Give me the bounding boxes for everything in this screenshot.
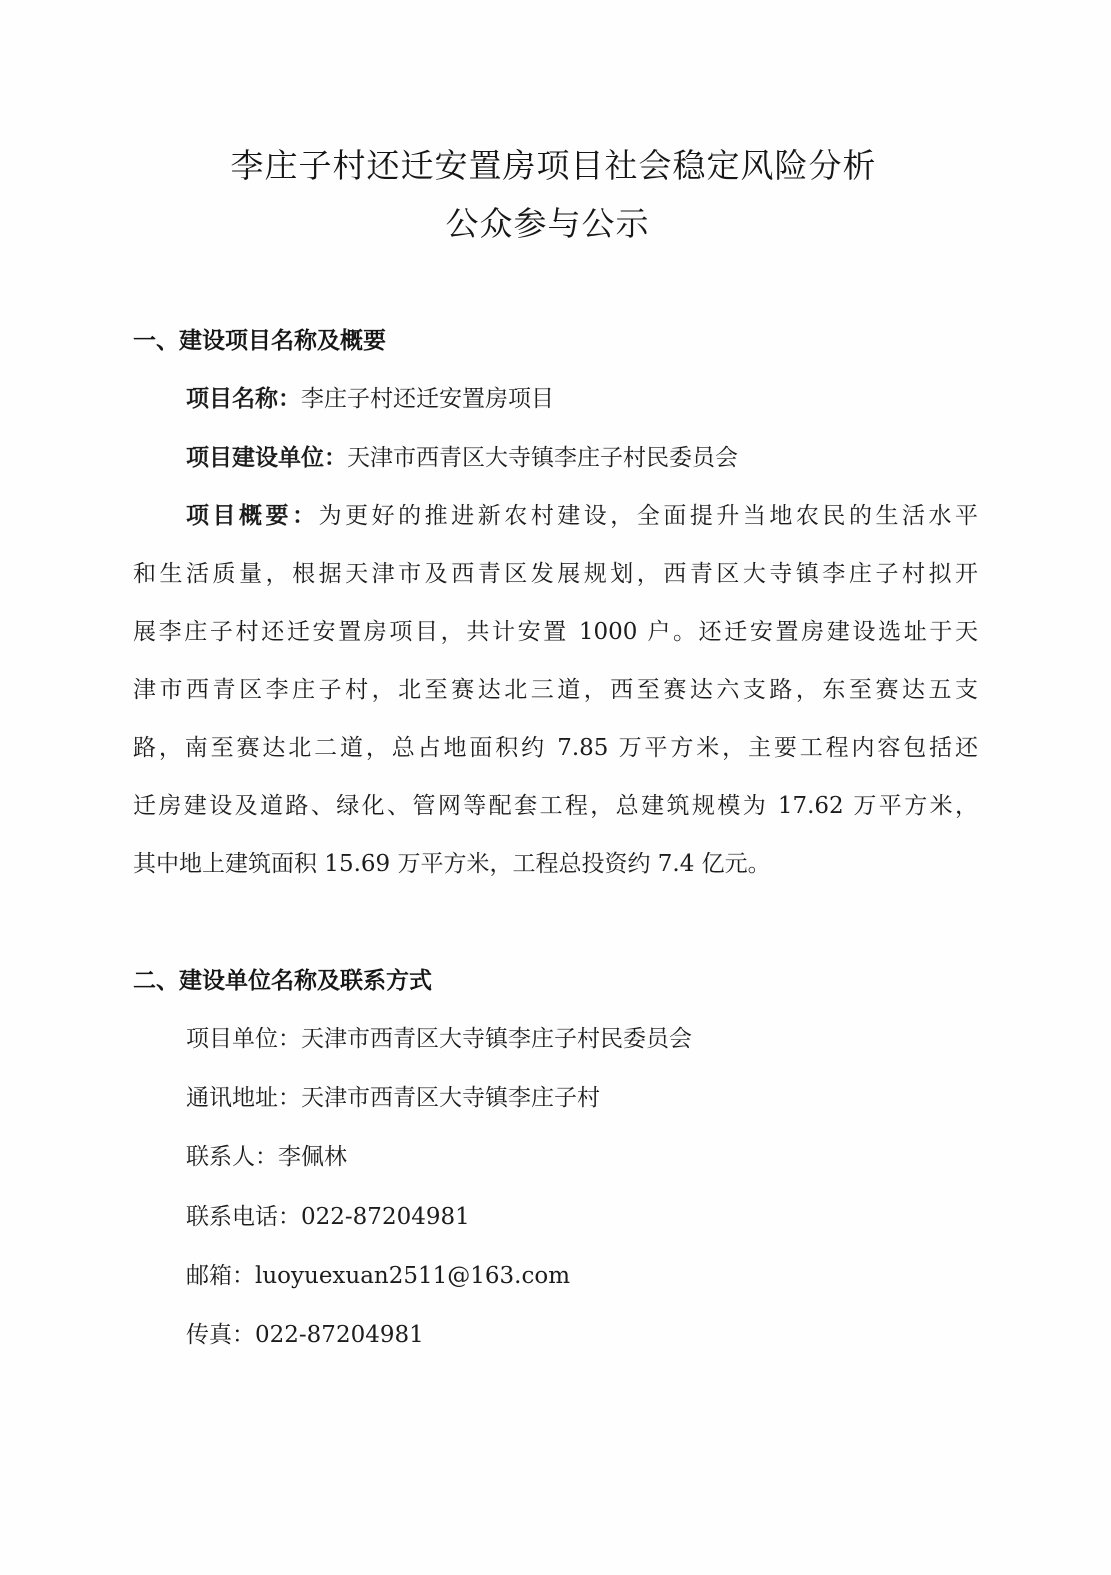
project-name-label: 项目名称： — [186, 386, 301, 412]
overview-line-7: 其中地上建筑面积 15.69 万平方米，工程总投资约 7.4 亿元。 — [133, 845, 771, 878]
builder-row: 项目建设单位：天津市西青区大寺镇李庄子村民委员会 — [186, 439, 738, 472]
project-name-row: 项目名称：李庄子村还迁安置房项目 — [186, 380, 554, 413]
overview-line-1: 项目概要：为更好的推进新农村建设，全面提升当地农民的生活水平 — [186, 497, 978, 530]
document-subtitle: 公众参与公示 — [0, 198, 1103, 245]
email-value[interactable]: luoyuexuan2511@163.com — [255, 1263, 570, 1289]
overview-line-4: 津市西青区李庄子村，北至赛达北三道，西至赛达六支路，东至赛达五支 — [133, 671, 978, 704]
phone-row: 联系电话：022-87204981 — [186, 1198, 470, 1231]
address-label: 通讯地址： — [186, 1085, 301, 1111]
unit-value: 天津市西青区大寺镇李庄子村民委员会 — [301, 1026, 692, 1052]
section1-heading: 一、建设项目名称及概要 — [133, 322, 386, 355]
phone-value: 022-87204981 — [301, 1204, 470, 1230]
contact-row: 联系人：李佩林 — [186, 1138, 347, 1171]
project-name-value: 李庄子村还迁安置房项目 — [301, 386, 554, 412]
builder-label: 项目建设单位： — [186, 445, 347, 471]
fax-value: 022-87204981 — [255, 1322, 424, 1348]
document-page: 李庄子村还迁安置房项目社会稳定风险分析 公众参与公示 一、建设项目名称及概要 项… — [0, 0, 1111, 1575]
contact-label: 联系人： — [186, 1144, 278, 1170]
address-value: 天津市西青区大寺镇李庄子村 — [301, 1085, 600, 1111]
address-row: 通讯地址：天津市西青区大寺镇李庄子村 — [186, 1079, 600, 1112]
email-label: 邮箱： — [186, 1263, 255, 1289]
builder-value: 天津市西青区大寺镇李庄子村民委员会 — [347, 445, 738, 471]
phone-label: 联系电话： — [186, 1204, 301, 1230]
unit-row: 项目单位：天津市西青区大寺镇李庄子村民委员会 — [186, 1020, 692, 1053]
contact-value: 李佩林 — [278, 1144, 347, 1170]
section2-heading: 二、建设单位名称及联系方式 — [133, 962, 432, 995]
email-row: 邮箱：luoyuexuan2511@163.com — [186, 1257, 570, 1290]
overview-line-2: 和生活质量，根据天津市及西青区发展规划，西青区大寺镇李庄子村拟开 — [133, 555, 978, 588]
unit-label: 项目单位： — [186, 1026, 301, 1052]
fax-row: 传真：022-87204981 — [186, 1316, 424, 1349]
overview-line-3: 展李庄子村还迁安置房项目，共计安置 1000 户。还迁安置房建设选址于天 — [133, 613, 978, 646]
document-title: 李庄子村还迁安置房项目社会稳定风险分析 — [0, 140, 1109, 187]
overview-line-6: 迁房建设及道路、绿化、管网等配套工程，总建筑规模为 17.62 万平方米， — [133, 787, 978, 820]
overview-line-5: 路，南至赛达北二道，总占地面积约 7.85 万平方米，主要工程内容包括还 — [133, 729, 978, 762]
overview-text-1: 为更好的推进新农村建设，全面提升当地农民的生活水平 — [319, 503, 978, 529]
overview-label: 项目概要： — [186, 503, 319, 529]
fax-label: 传真： — [186, 1322, 255, 1348]
